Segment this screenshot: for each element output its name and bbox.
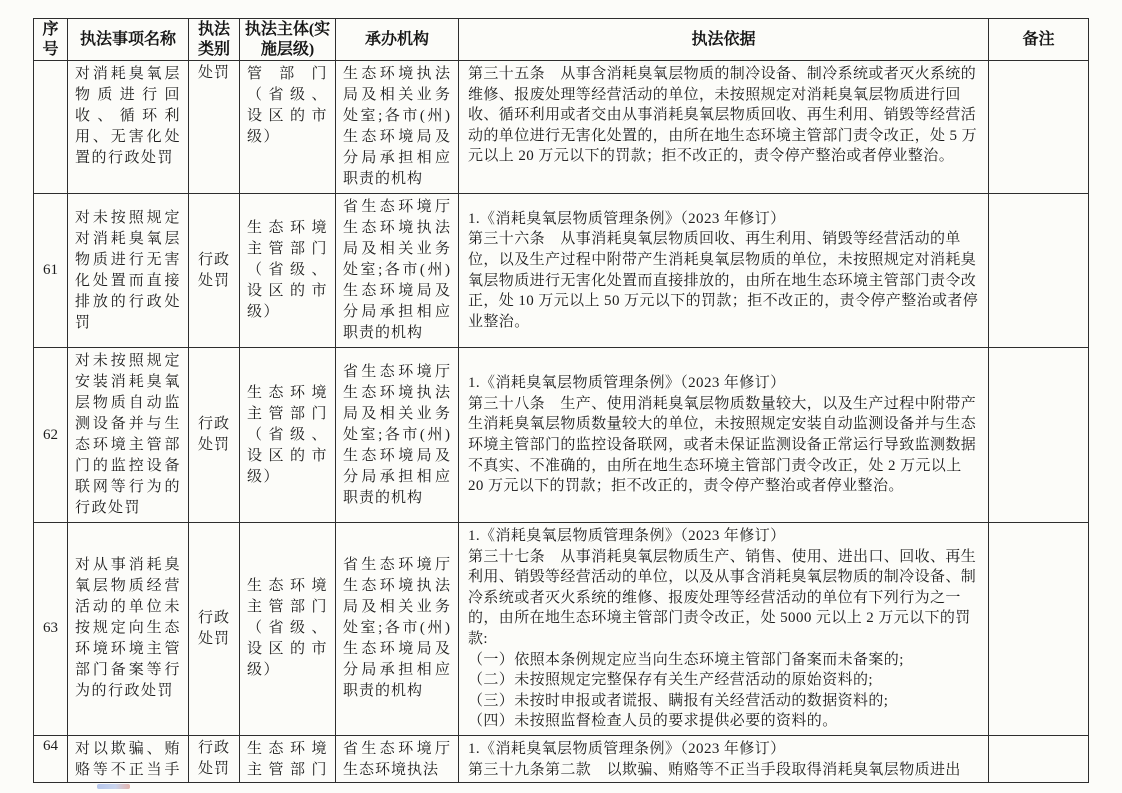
cell-agency: 生态环境执法局及相关业务处室;各市(州)生态环境局及分局承担相应职责的机构 xyxy=(336,61,459,194)
cell-seq: 64 xyxy=(34,735,68,782)
cell-agency: 省生态环境厅生态环境执法局及相关业务处室;各市(州)生态环境局及分局承担相应职责… xyxy=(336,523,459,736)
cell-basis: 1.《消耗臭氧层物质管理条例》（2023 年修订） 第三十七条 从事消耗臭氧层物… xyxy=(459,523,989,736)
scanned-document-page: 序号 执法事项名称 执法类别 执法主体(实施层级) 承办机构 执法依据 备注 对… xyxy=(0,0,1122,793)
col-header-matter-name: 执法事项名称 xyxy=(68,19,189,61)
cell-category: 处罚 xyxy=(189,61,240,194)
table-row-62: 62 对未按照规定安装消耗臭氧层物质自动监测设备并与生态环境主管部门的监控设备联… xyxy=(34,348,1089,523)
cell-subject: 生态环境主管部门（省级、设区的市级） xyxy=(240,348,336,523)
table-row-64-clipped: 64 对以欺骗、贿赂等不正当手段 行政处罚 生态环境主管部门（省 省生态环境厅生… xyxy=(34,735,1089,782)
cell-seq: 63 xyxy=(34,523,68,736)
col-header-basis: 执法依据 xyxy=(459,19,989,61)
col-header-category: 执法类别 xyxy=(189,19,240,61)
cell-matter-name: 对消耗臭氧层物质进行回收、循环利用、无害化处置的行政处罚 xyxy=(68,61,189,194)
cell-matter-name: 对未按照规定安装消耗臭氧层物质自动监测设备并与生态环境主管部门的监控设备联网等行… xyxy=(68,348,189,523)
cell-note xyxy=(989,735,1089,782)
table-header-row: 序号 执法事项名称 执法类别 执法主体(实施层级) 承办机构 执法依据 备注 xyxy=(34,19,1089,61)
col-header-agency: 承办机构 xyxy=(336,19,459,61)
scan-ink-artifact xyxy=(97,784,130,789)
cell-seq: 61 xyxy=(34,194,68,348)
col-header-note: 备注 xyxy=(989,19,1089,61)
enforcement-matters-table: 序号 执法事项名称 执法类别 执法主体(实施层级) 承办机构 执法依据 备注 对… xyxy=(33,18,1089,783)
table-row-63: 63 对从事消耗臭氧层物质经营活动的单位未按规定向生态环境环境主管部门备案等行为… xyxy=(34,523,1089,736)
cell-note xyxy=(989,523,1089,736)
cell-subject: 生态环境主管部门（省 xyxy=(240,735,336,782)
table-row-61: 61 对未按照规定对消耗臭氧层物质进行无害化处置而直接排放的行政处罚 行政处罚 … xyxy=(34,194,1089,348)
cell-note xyxy=(989,61,1089,194)
cell-agency: 省生态环境厅生态环境执法局及相关业务处室;各市(州)生态环境局及分局承担相应职责… xyxy=(336,194,459,348)
cell-agency: 省生态环境厅生态环境执法局及相关业务处室;各市(州)生态环境局及分局承担相应职责… xyxy=(336,348,459,523)
cell-subject: 管部门（省级、设区的市级） xyxy=(240,61,336,194)
cell-basis: 第三十五条 从事含消耗臭氧层物质的制冷设备、制冷系统或者灭火系统的维修、报废处理… xyxy=(459,61,989,194)
cell-basis: 1.《消耗臭氧层物质管理条例》（2023 年修订） 第三十八条 生产、使用消耗臭… xyxy=(459,348,989,523)
cell-category: 行政处罚 xyxy=(189,523,240,736)
table-row-continuation: 对消耗臭氧层物质进行回收、循环利用、无害化处置的行政处罚 处罚 管部门（省级、设… xyxy=(34,61,1089,194)
cell-category: 行政处罚 xyxy=(189,348,240,523)
cell-matter-name: 对以欺骗、贿赂等不正当手段 xyxy=(68,735,189,782)
cell-note xyxy=(989,348,1089,523)
cell-basis: 1.《消耗臭氧层物质管理条例》（2023 年修订） 第三十九条第二款 以欺骗、贿… xyxy=(459,735,989,782)
cell-subject: 生态环境主管部门（省级、设区的市级） xyxy=(240,194,336,348)
cell-basis: 1.《消耗臭氧层物质管理条例》（2023 年修订） 第三十六条 从事消耗臭氧层物… xyxy=(459,194,989,348)
cell-seq: 62 xyxy=(34,348,68,523)
cell-agency: 省生态环境厅生态环境执法 xyxy=(336,735,459,782)
cell-matter-name: 对从事消耗臭氧层物质经营活动的单位未按规定向生态环境环境主管部门备案等行为的行政… xyxy=(68,523,189,736)
cell-subject: 生态环境主管部门（省级、设区的市级） xyxy=(240,523,336,736)
cell-category: 行政处罚 xyxy=(189,194,240,348)
cell-note xyxy=(989,194,1089,348)
cell-matter-name: 对未按照规定对消耗臭氧层物质进行无害化处置而直接排放的行政处罚 xyxy=(68,194,189,348)
cell-seq xyxy=(34,61,68,194)
col-header-seq: 序号 xyxy=(34,19,68,61)
col-header-subject: 执法主体(实施层级) xyxy=(240,19,336,61)
cell-category: 行政处罚 xyxy=(189,735,240,782)
